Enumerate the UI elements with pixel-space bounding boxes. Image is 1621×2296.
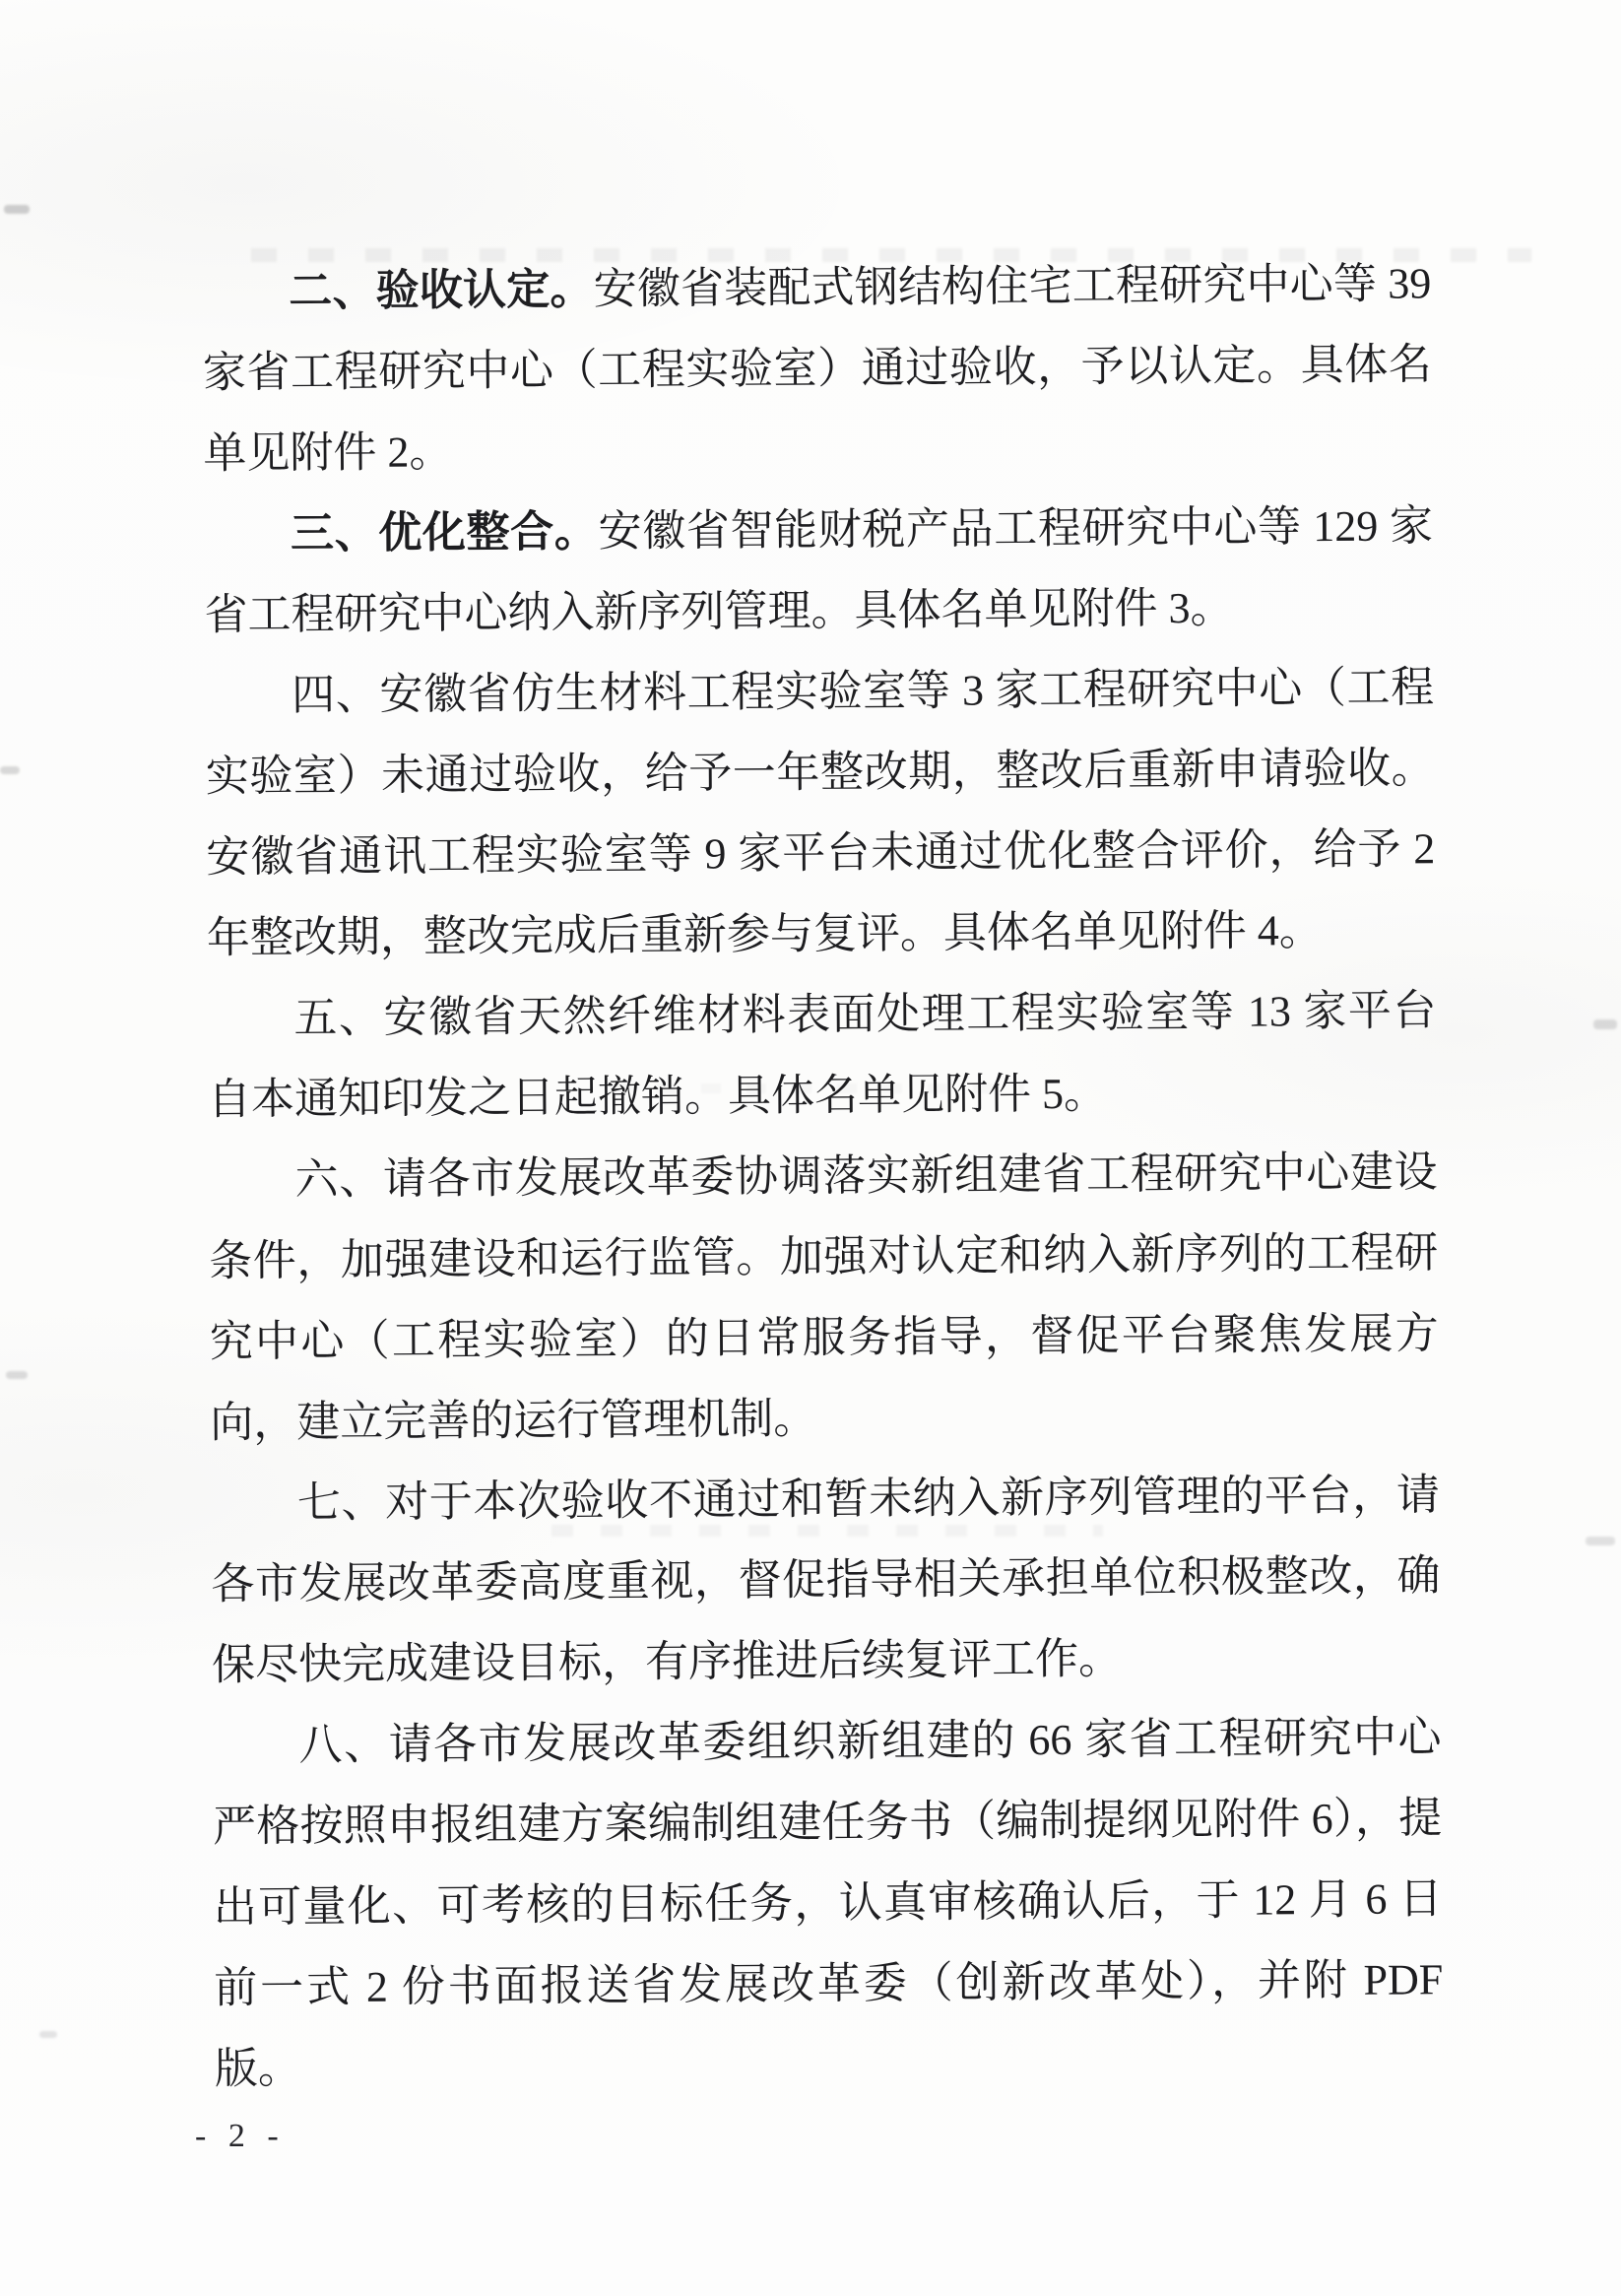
page-number: - 2 - xyxy=(195,2118,286,2155)
paragraph-text: 五、安徽省天然纤维材料表面处理工程实验室等 13 家平台自本通知印发之日起撤销。… xyxy=(208,986,1437,1124)
section-heading-2: 二、验收认定。 xyxy=(289,265,594,315)
paragraph-rectification: 四、安徽省仿生材料工程实验室等 3 家工程研究中心（工程实验室）未通过验收，给予… xyxy=(205,647,1436,979)
paragraph-text: 六、请各市发展改革委协调落实新组建省工程研究中心建设条件，加强建设和运行监管。加… xyxy=(209,1148,1439,1447)
scan-speck xyxy=(1593,1019,1617,1029)
paragraph-revocation: 五、安徽省天然纤维材料表面处理工程实验室等 13 家平台自本通知印发之日起撤销。… xyxy=(207,970,1437,1141)
scan-speck xyxy=(1586,1537,1615,1545)
section-heading-3: 三、优化整合。 xyxy=(291,507,599,558)
paragraph-text: 七、对于本次验收不通过和暂未纳入新序列管理的平台，请各市发展改革委高度重视，督促… xyxy=(211,1471,1440,1689)
scan-speck xyxy=(6,1371,28,1379)
paragraph-text: 四、安徽省仿生材料工程实验室等 3 家工程研究中心（工程实验室）未通过验收，给予… xyxy=(206,663,1436,962)
paragraph-optimization: 三、优化整合。安徽省智能财税产品工程研究中心等 129 家省工程研究中心纳入新序… xyxy=(204,486,1434,656)
scan-speck xyxy=(39,2031,57,2038)
paragraph-text: 八、请各市发展改革委组织新组建的 66 家省工程研究中心严格按照申报组建方案编制… xyxy=(213,1713,1443,2093)
document-body: 二、验收认定。安徽省装配式钢结构住宅工程研究中心等 39 家省工程研究中心（工程… xyxy=(202,243,1444,2110)
paragraph-supervision: 六、请各市发展改革委协调落实新组建省工程研究中心建设条件，加强建设和运行监管。加… xyxy=(208,1132,1439,1464)
paragraph-acceptance: 二、验收认定。安徽省装配式钢结构住宅工程研究中心等 39 家省工程研究中心（工程… xyxy=(202,243,1433,494)
scanned-document-page: 二、验收认定。安徽省装配式钢结构住宅工程研究中心等 39 家省工程研究中心（工程… xyxy=(0,0,1621,2296)
scan-speck xyxy=(4,205,30,214)
paragraph-task-book: 八、请各市发展改革委组织新组建的 66 家省工程研究中心严格按照申报组建方案编制… xyxy=(212,1697,1444,2110)
paragraph-reevaluation: 七、对于本次验收不通过和暂未纳入新序列管理的平台，请各市发展改革委高度重视，督促… xyxy=(211,1455,1442,1706)
scan-speck xyxy=(0,766,20,774)
